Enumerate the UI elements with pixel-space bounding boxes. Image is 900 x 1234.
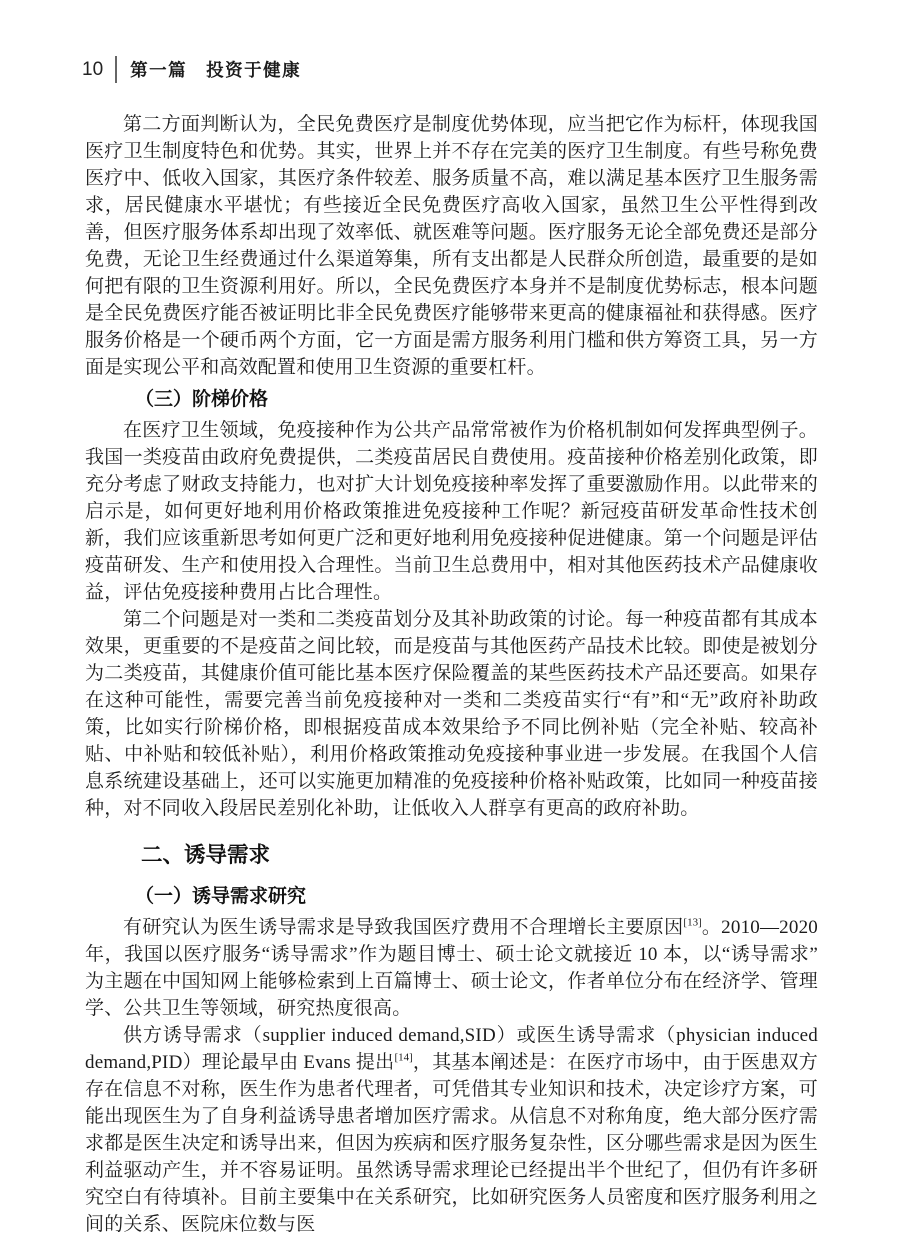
heading-induced-demand-research: （一）诱导需求研究 [135, 882, 818, 911]
header-divider [115, 56, 117, 83]
book-page: 10 第一篇 投资于健康 第二方面判断认为，全民免费医疗是制度优势体现，应当把它… [0, 0, 900, 1234]
footnote-ref-13: [13] [683, 917, 701, 929]
paragraph-free-healthcare-judgement: 第二方面判断认为，全民免费医疗是制度优势体现，应当把它作为标杆，体现我国医疗卫生… [85, 111, 818, 381]
paragraph-sid-theory: 供方诱导需求（supplier induced demand,SID）或医生诱导… [85, 1022, 818, 1234]
page-number: 10 [82, 59, 103, 81]
part-title: 第一篇 投资于健康 [130, 57, 301, 82]
paragraph-vaccine-pricing: 在医疗卫生领域，免疫接种作为公共产品常常被作为价格机制如何发挥典型例子。我国一类… [85, 417, 818, 606]
heading-tiered-pricing: （三）阶梯价格 [135, 385, 818, 414]
page-header: 10 第一篇 投资于健康 [82, 56, 301, 83]
paragraph-induced-demand-research: 有研究认为医生诱导需求是导致我国医疗费用不合理增长主要原因[13]。2010—2… [85, 914, 818, 1022]
paragraph-vaccine-subsidy: 第二个问题是对一类和二类疫苗划分及其补助政策的讨论。每一种疫苗都有其成本效果，更… [85, 606, 818, 822]
page-body: 第二方面判断认为，全民免费医疗是制度优势体现，应当把它作为标杆，体现我国医疗卫生… [85, 111, 818, 1234]
paragraph-text: ，其基本阐述是：在医疗市场中，由于医患双方存在信息不对称，医生作为患者代理者，可… [85, 1052, 818, 1234]
paragraph-text: 有研究认为医生诱导需求是导致我国医疗费用不合理增长主要原因 [123, 917, 683, 938]
heading-induced-demand: 二、诱导需求 [141, 840, 818, 870]
footnote-ref-14: [14] [394, 1052, 412, 1064]
